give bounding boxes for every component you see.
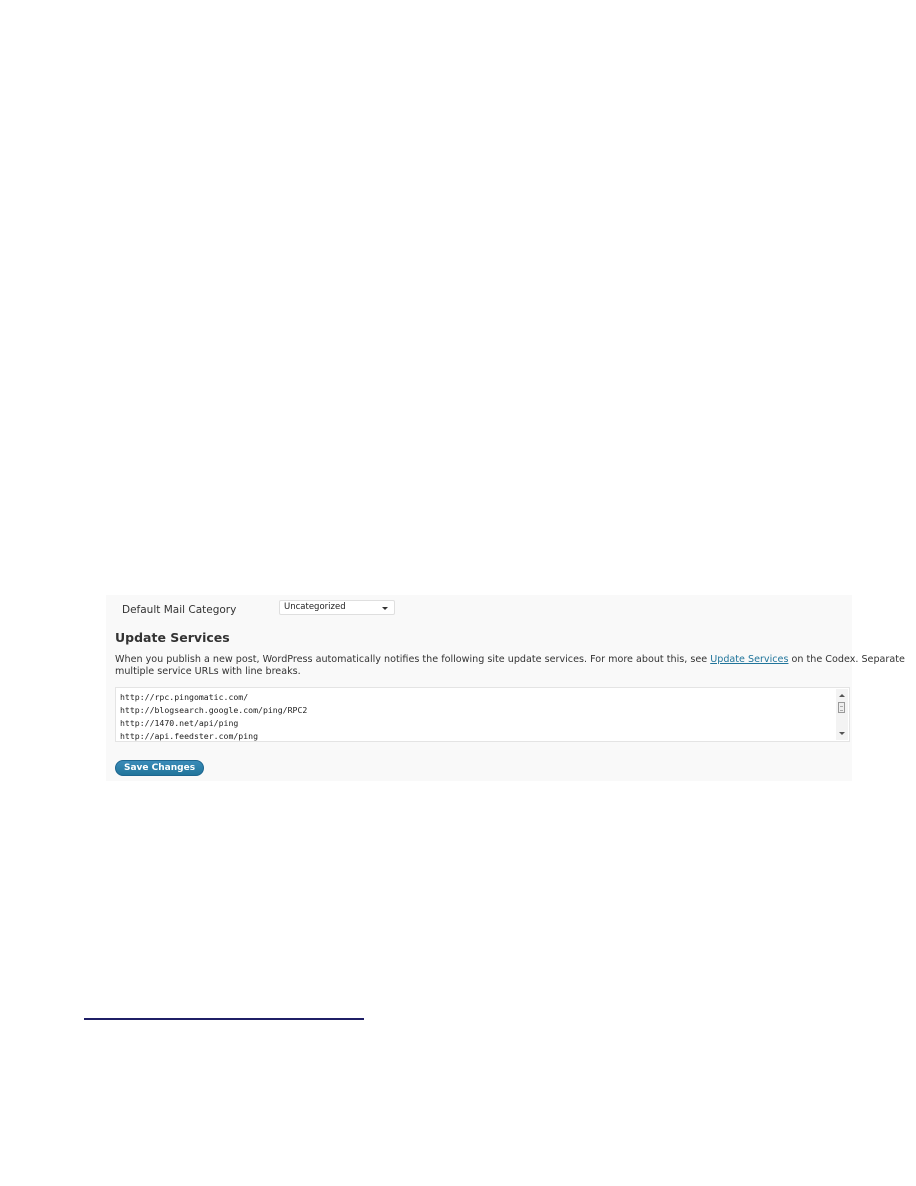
- default-mail-category-label: Default Mail Category: [122, 604, 236, 616]
- update-services-codex-link[interactable]: Update Services: [710, 654, 788, 665]
- save-changes-button[interactable]: Save Changes: [115, 760, 204, 776]
- service-url: http://rpc.pingomatic.com/: [120, 691, 849, 704]
- default-mail-category-select[interactable]: Uncategorized: [279, 600, 395, 615]
- chevron-down-icon: [382, 607, 388, 610]
- update-services-description: When you publish a new post, WordPress a…: [115, 654, 875, 678]
- selected-value: Uncategorized: [284, 602, 346, 612]
- description-text: When you publish a new post, WordPress a…: [115, 654, 710, 665]
- scroll-thumb[interactable]: [838, 702, 845, 713]
- service-url: http://1470.net/api/ping: [120, 717, 849, 730]
- writing-settings-panel: Default Mail Category Uncategorized Upda…: [106, 595, 852, 781]
- description-text-after: on the Codex. Separate: [788, 654, 904, 665]
- service-url: http://api.feedster.com/ping: [120, 730, 849, 742]
- scroll-down-arrow-icon[interactable]: [839, 732, 845, 735]
- section-title-update-services: Update Services: [115, 630, 230, 645]
- textarea-scrollbar[interactable]: [836, 689, 848, 740]
- update-services-textarea[interactable]: http://rpc.pingomatic.com/ http://blogse…: [115, 687, 850, 742]
- footnote-separator-line: [84, 1018, 364, 1020]
- scroll-up-arrow-icon[interactable]: [839, 694, 845, 697]
- service-url: http://blogsearch.google.com/ping/RPC2: [120, 704, 849, 717]
- description-text-line2: multiple service URLs with line breaks.: [115, 666, 301, 677]
